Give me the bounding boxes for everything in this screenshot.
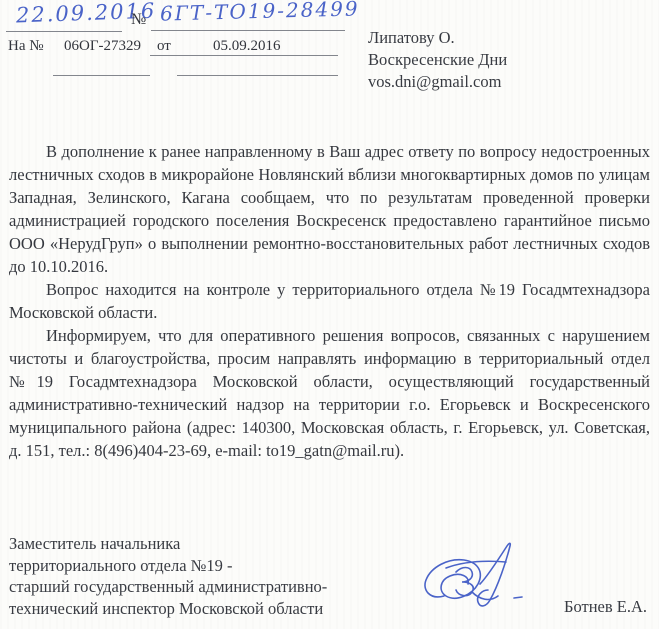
body-paragraph-2: Вопрос находится на контроле у территори… bbox=[9, 278, 650, 324]
reply-date: 05.09.2016 bbox=[213, 38, 281, 55]
scanned-letter-page: 22.09.2016 № 6ГТ-ТО19-28499 На № 06ОГ-27… bbox=[0, 0, 659, 629]
recipient-block: Липатову О. Воскресенские Дни vos.dni@gm… bbox=[368, 27, 507, 93]
signoff-line-2: территориального отдела №19 - bbox=[9, 555, 327, 577]
recipient-name: Липатову О. bbox=[368, 27, 507, 49]
signoff-line-4: технический инспектор Московской области bbox=[9, 598, 327, 620]
recipient-organization: Воскресенские Дни bbox=[368, 49, 507, 71]
blank-field-line-left bbox=[53, 75, 150, 76]
signoff-line-3: старший государственный административно- bbox=[9, 576, 327, 598]
reply-underline bbox=[150, 55, 338, 56]
recipient-email: vos.dni@gmail.com bbox=[368, 71, 507, 93]
date-underline bbox=[6, 31, 122, 32]
blank-field-line-right bbox=[177, 75, 338, 76]
handwritten-signature-icon bbox=[410, 538, 535, 626]
body-paragraph-1: В дополнение к ранее направленному в Ваш… bbox=[9, 140, 650, 278]
letter-body: В дополнение к ранее направленному в Ваш… bbox=[9, 140, 650, 462]
signoff-position-block: Заместитель начальника территориального … bbox=[9, 533, 327, 619]
body-paragraph-3: Информируем, что для оперативного решени… bbox=[9, 324, 650, 462]
reply-date-label: от bbox=[157, 38, 171, 55]
signoff-line-1: Заместитель начальника bbox=[9, 533, 327, 555]
number-sign-label: № bbox=[131, 11, 146, 29]
handwritten-outgoing-number: 6ГТ-ТО19-28499 bbox=[160, 0, 360, 26]
reply-ref-label: На № bbox=[8, 38, 44, 55]
signatory-name: Ботнев Е.А. bbox=[564, 597, 647, 617]
number-underline bbox=[151, 30, 345, 31]
reply-ref-number: 06ОГ-27329 bbox=[64, 38, 141, 55]
